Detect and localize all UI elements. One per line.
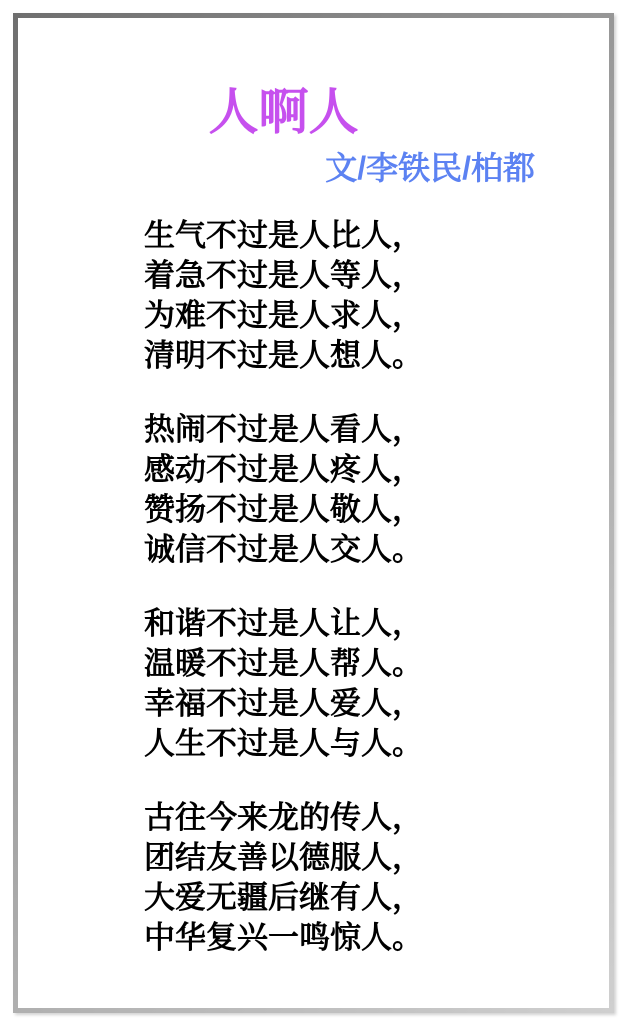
poem-line: 为难不过是人求人， — [144, 296, 609, 336]
poem-line: 人生不过是人与人。 — [144, 724, 609, 764]
poem-line: 古往今来龙的传人， — [144, 798, 609, 838]
poem-line: 团结友善以德服人， — [144, 838, 609, 878]
poem-body: 生气不过是人比人， 着急不过是人等人， 为难不过是人求人， 清明不过是人想人。 … — [144, 216, 609, 958]
poem-line: 清明不过是人想人。 — [144, 336, 609, 376]
poem-line: 和谐不过是人让人， — [144, 604, 609, 644]
poem-line: 着急不过是人等人， — [144, 256, 609, 296]
poem-line: 大爱无疆后继有人， — [144, 878, 609, 918]
poem-title: 人啊人 — [0, 84, 579, 142]
poem-line: 赞扬不过是人敬人， — [144, 490, 609, 530]
poem-line: 中华复兴一鸣惊人。 — [144, 918, 609, 958]
poem-byline: 文/李铁民/柏都 — [18, 150, 609, 187]
poem-line: 热闹不过是人看人， — [144, 410, 609, 450]
poem-line: 感动不过是人疼人， — [144, 450, 609, 490]
poem-line: 幸福不过是人爱人， — [144, 684, 609, 724]
stanza-1: 生气不过是人比人， 着急不过是人等人， 为难不过是人求人， 清明不过是人想人。 — [144, 216, 609, 376]
stanza-4: 古往今来龙的传人， 团结友善以德服人， 大爱无疆后继有人， 中华复兴一鸣惊人。 — [144, 798, 609, 958]
poem-line: 生气不过是人比人， — [144, 216, 609, 256]
photo-frame: 人啊人 文/李铁民/柏都 生气不过是人比人， 着急不过是人等人， 为难不过是人求… — [13, 13, 614, 1013]
poem-line: 温暖不过是人帮人。 — [144, 644, 609, 684]
stanza-3: 和谐不过是人让人， 温暖不过是人帮人。 幸福不过是人爱人， 人生不过是人与人。 — [144, 604, 609, 764]
stanza-2: 热闹不过是人看人， 感动不过是人疼人， 赞扬不过是人敬人， 诚信不过是人交人。 — [144, 410, 609, 570]
poem-line: 诚信不过是人交人。 — [144, 530, 609, 570]
